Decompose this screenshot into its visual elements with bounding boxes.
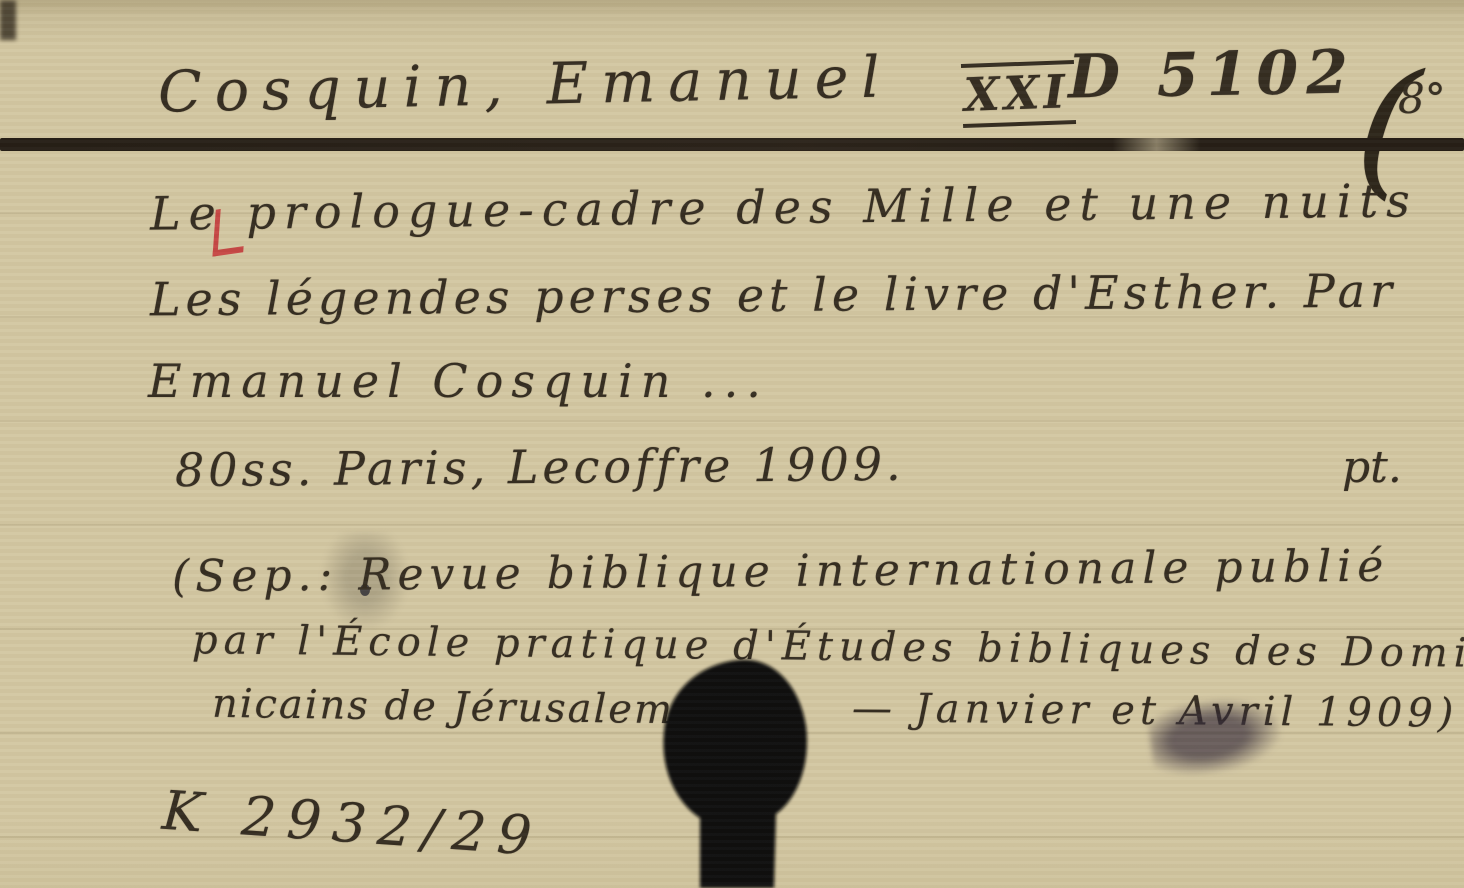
title-line-2: Les légendes perses et le livre d'Esther… xyxy=(150,264,1397,327)
note-line-3-left: nicains de Jérusalem xyxy=(212,681,675,733)
title-line-1: Le prologue-cadre des Mille et une nuits xyxy=(150,173,1418,240)
accession-number: K 2932/29 xyxy=(160,779,544,868)
scan-edge-artifact xyxy=(0,0,16,40)
red-insertion-mark xyxy=(213,205,247,256)
title-line-3: Emanuel Cosquin ... xyxy=(148,354,769,408)
call-number: D 5102 xyxy=(1067,37,1356,112)
punch-hole xyxy=(648,648,838,888)
faint-rule-line xyxy=(0,420,1464,422)
size-note: pt. xyxy=(1342,442,1402,493)
call-number-roman: XXI xyxy=(961,60,1076,128)
note-line-1: (Sep.: Revue biblique internationale pub… xyxy=(172,541,1390,603)
author-heading: Cosquin, Emanuel xyxy=(157,44,893,125)
catalog-card: Cosquin, Emanuel XXI D 5102 ( 8° Le prol… xyxy=(0,0,1464,888)
faint-rule-line xyxy=(0,524,1464,526)
format-mark: 8° xyxy=(1398,74,1446,123)
header-divider-rule xyxy=(0,138,1464,151)
imprint-line: 80ss. Paris, Lecoffre 1909. xyxy=(175,437,905,497)
